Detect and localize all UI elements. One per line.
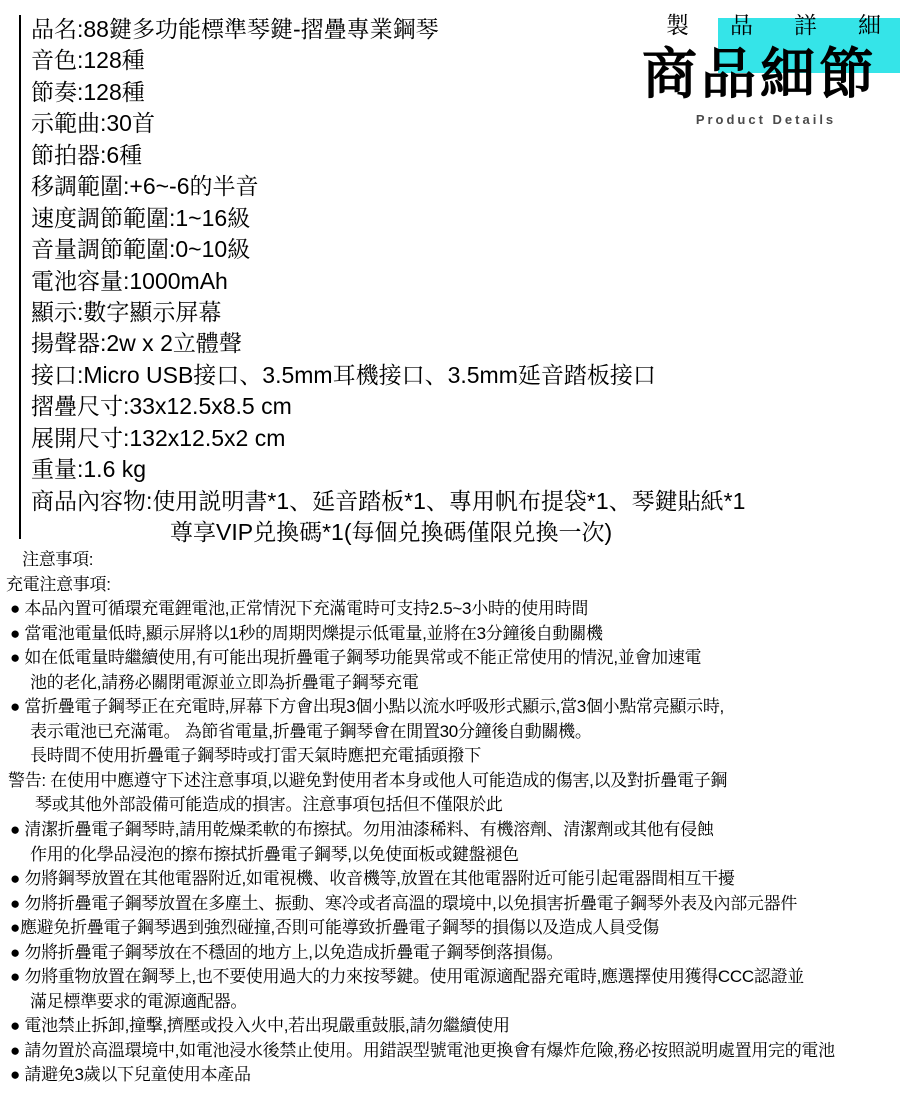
notes-section: 注意事項: 充電注意事項: ● 本品內置可循環充電鋰電池,正常情況下充滿電時可支… bbox=[6, 548, 835, 1088]
spec-display: 顯示:數字顯示屏幕 bbox=[31, 297, 745, 328]
charging-note-dots: ● 當折疊電子鋼琴正在充電時,屏幕下方會出現3個小點以流水呼吸形式顯示,當3個小… bbox=[6, 695, 835, 720]
spec-speaker: 揚聲器:2w x 2立體聲 bbox=[31, 328, 745, 359]
product-details-page: 品名:88鍵多功能標準琴鍵-摺疊專業鋼琴 音色:128種 節奏:128種 示範曲… bbox=[0, 0, 900, 1100]
spec-folded-size: 摺疊尺寸:33x12.5x8.5 cm bbox=[31, 391, 745, 422]
spec-weight: 重量:1.6 kg bbox=[31, 454, 745, 485]
header-subtitle: Product Details bbox=[642, 112, 890, 127]
note-pressure: ● 勿將重物放置在鋼琴上,也不要使用過大的力來按琴鍵。使用電源適配器充電時,應選… bbox=[6, 965, 835, 990]
charging-note-aging: ● 如在低電量時繼續使用,有可能出現折疊電子鋼琴功能異常或不能正常使用的情況,並… bbox=[6, 646, 835, 671]
spec-product-name: 品名:88鍵多功能標準琴鍵-摺疊專業鋼琴 bbox=[31, 14, 745, 45]
note-battery-safety: ● 電池禁止拆卸,撞擊,擠壓或投入火中,若出現嚴重鼓脹,請勿繼續使用 bbox=[6, 1014, 835, 1039]
charging-note-dots-cont2: 長時間不使用折疊電子鋼琴時或打雷天氣時應把充電插頭撥下 bbox=[6, 744, 835, 769]
warning-line: 警告: 在使用中應遵守下述注意事項,以避免對使用者本身或他人可能造成的傷害,以及… bbox=[6, 769, 835, 794]
header-top-label: 製品詳細 bbox=[666, 7, 900, 40]
spec-package-contents-cont: 尊享VIP兑換碼*1(每個兑換碼僅限兑換一次) bbox=[31, 517, 745, 548]
warning-line-cont: 琴或其他外部設備可能造成的損害。注意事項包括但不僅限於此 bbox=[6, 793, 835, 818]
spec-transpose-range: 移調範圍:+6~-6的半音 bbox=[31, 171, 745, 202]
note-high-temp: ● 請勿置於高溫環境中,如電池浸水後禁止使用。用錯誤型號電池更換會有爆炸危險,務… bbox=[6, 1039, 835, 1064]
notes-title: 注意事項: bbox=[6, 548, 835, 573]
spec-volume-range: 音量調節範圍:0~10級 bbox=[31, 234, 745, 265]
charging-note-battery: ● 本品內置可循環充電鋰電池,正常情況下充滿電時可支持2.5~3小時的使用時間 bbox=[6, 597, 835, 622]
charging-note-lowpower: ● 當電池電量低時,顯示屏將以1秒的周期閃爍提示低電量,並將在3分鐘後自動關機 bbox=[6, 622, 835, 647]
note-impact: ●應避免折疊電子鋼琴遇到強烈碰撞,否則可能導致折疊電子鋼琴的損傷以及造成人員受傷 bbox=[6, 916, 835, 941]
spec-package-contents: 商品內容物:使用説明書*1、延音踏板*1、專用帆布提袋*1、琴鍵貼紙*1 bbox=[31, 486, 745, 517]
note-pressure-cont: 滿足標準要求的電源適配器。 bbox=[6, 990, 835, 1015]
spec-metronome: 節拍器:6種 bbox=[31, 140, 745, 171]
spec-demo-songs: 示範曲:30首 bbox=[31, 108, 745, 139]
note-cleaning: ● 清潔折疊電子鋼琴時,請用乾燥柔軟的布擦拭。勿用油漆稀料、有機溶劑、清潔劑或其… bbox=[6, 818, 835, 843]
spec-list: 品名:88鍵多功能標準琴鍵-摺疊專業鋼琴 音色:128種 節奏:128種 示範曲… bbox=[31, 14, 745, 548]
spec-tempo-range: 速度調節範圍:1~16級 bbox=[31, 203, 745, 234]
spec-ports: 接口:Micro USB接口、3.5mm耳機接口、3.5mm延音踏板接口 bbox=[31, 360, 745, 391]
spec-voices: 音色:128種 bbox=[31, 45, 745, 76]
note-interference: ● 勿將鋼琴放置在其他電器附近,如電視機、收音機等,放置在其他電器附近可能引起電… bbox=[6, 867, 835, 892]
note-cleaning-cont: 作用的化學品浸泡的擦布擦拭折疊電子鋼琴,以免使面板或鍵盤褪色 bbox=[6, 843, 835, 868]
note-children: ● 請避免3歲以下兒童使用本產品 bbox=[6, 1063, 835, 1088]
spec-unfolded-size: 展開尺寸:132x12.5x2 cm bbox=[31, 423, 745, 454]
note-environment: ● 勿將折疊電子鋼琴放置在多塵土、振動、寒冷或者高溫的環境中,以免損害折疊電子鋼… bbox=[6, 892, 835, 917]
spec-left-rule bbox=[19, 15, 21, 539]
charging-note-dots-cont1: 表示電池已充滿電。 為節省電量,折疊電子鋼琴會在閒置30分鐘後自動關機。 bbox=[6, 720, 835, 745]
charging-note-aging-cont: 池的老化,請務必關閉電源並立即為折疊電子鋼琴充電 bbox=[6, 671, 835, 696]
header-title: 商品細節 bbox=[642, 44, 878, 104]
charging-notes-title: 充電注意事項: bbox=[6, 573, 835, 598]
note-stability: ● 勿將折疊電子鋼琴放在不穩固的地方上,以免造成折疊電子鋼琴倒落損傷。 bbox=[6, 941, 835, 966]
spec-battery-capacity: 電池容量:1000mAh bbox=[31, 266, 745, 297]
spec-rhythms: 節奏:128種 bbox=[31, 77, 745, 108]
